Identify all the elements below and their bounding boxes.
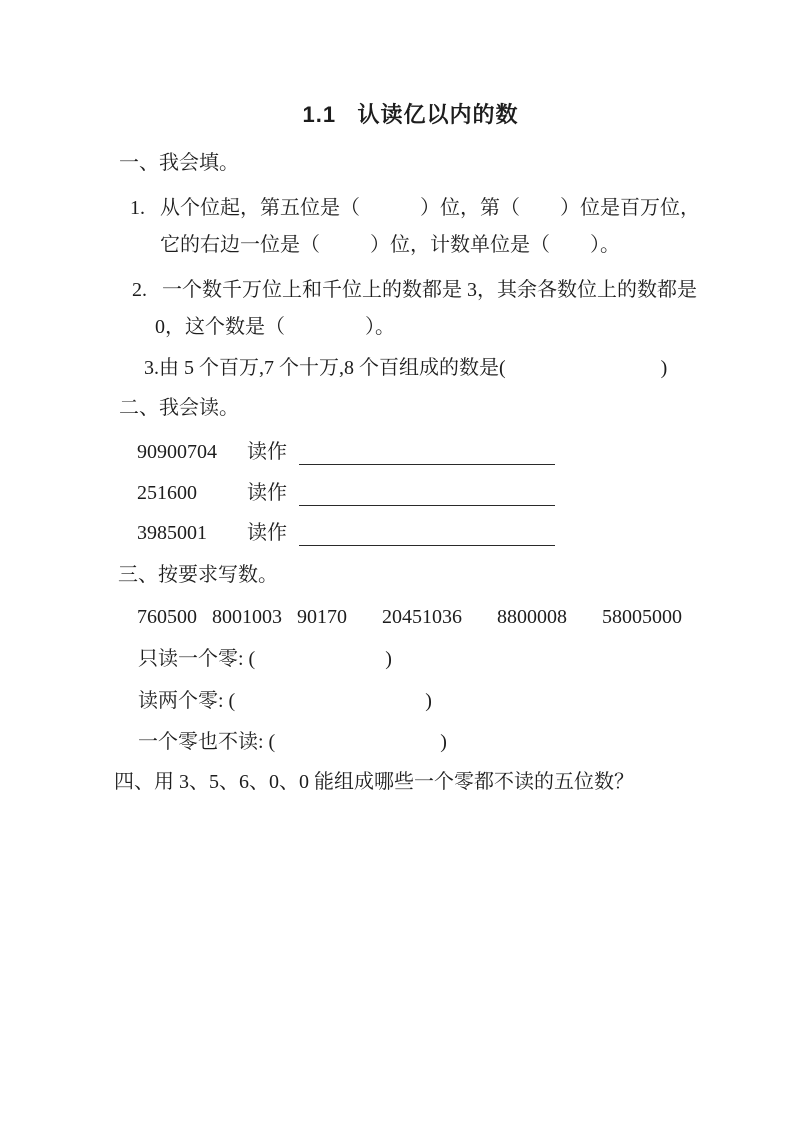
question3-line: 3.由 5 个百万,7 个十万,8 个百组成的数是( ) [144, 355, 667, 381]
read-number: 3985001 [137, 520, 247, 546]
answer-blank-line [299, 524, 555, 546]
read-row: 3985001读作 [137, 520, 555, 546]
section4-header: 四、用 3、5、6、0、0 能组成哪些一个零都不读的五位数？ [114, 769, 634, 795]
read-label: 读作 [247, 439, 287, 465]
read-row: 90900704读作 [137, 439, 555, 465]
number-list-row: 760500 8001003 90170 20451036 8800008 58… [137, 604, 682, 630]
only-one-zero-row: 只读一个零: ( ) [138, 646, 392, 672]
section1-header: 一、我会填。 [119, 150, 239, 176]
read-number: 251600 [137, 480, 247, 506]
answer-blank-line [299, 484, 555, 506]
no-zero-read-row: 一个零也不读: ( ) [138, 729, 447, 755]
question2-line2: 0，这个数是（ ）。 [155, 314, 395, 340]
section3-header: 三、按要求写数。 [118, 562, 278, 588]
answer-blank-line [299, 443, 555, 465]
read-label: 读作 [247, 520, 287, 546]
read-number: 90900704 [137, 439, 247, 465]
read-label: 读作 [247, 480, 287, 506]
question1-line1: 1. 从个位起，第五位是（ ）位，第（ ）位是百万位， [130, 195, 700, 221]
page-title: 1.1 认读亿以内的数 [0, 102, 793, 128]
question2-line1: 2. 一个数千万位上和千位上的数都是 3，其余各数位上的数都是 [132, 277, 697, 303]
section2-header: 二、我会读。 [119, 395, 239, 421]
read-row: 251600读作 [137, 480, 555, 506]
question1-line2: 它的右边一位是（ ）位，计数单位是（ ）。 [160, 232, 620, 258]
two-zeros-row: 读两个零: ( ) [138, 688, 432, 714]
worksheet-page: 1.1 认读亿以内的数 一、我会填。 1. 从个位起，第五位是（ ）位，第（ ）… [0, 0, 793, 1122]
